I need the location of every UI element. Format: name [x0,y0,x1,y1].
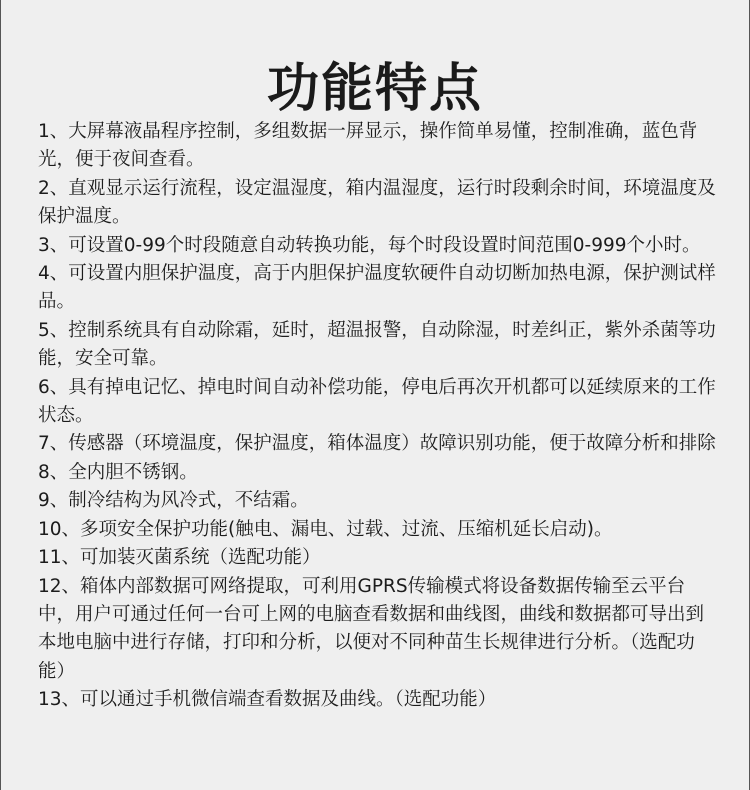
feature-item-3: 3、可设置0-99个时段随意自动转换功能，每个时段设置时间范围0-999个小时。 [38,232,718,260]
feature-item-7: 7、传感器（环境温度，保护温度，箱体温度）故障识别功能，便于故障分析和排除 [38,430,718,458]
feature-item-12: 12、箱体内部数据可网络提取，可利用GPRS传输模式将设备数据传输至云平台中，用… [38,573,718,687]
page-title: 功能特点 [0,57,750,121]
feature-item-4: 4、可设置内胆保护温度，高于内胆保护温度软硬件自动切断加热电源，保护测试样品。 [38,260,718,317]
feature-item-6: 6、具有掉电记忆、掉电时间自动补偿功能，停电后再次开机都可以延续原来的工作状态。 [38,374,718,431]
feature-item-10: 10、多项安全保护功能(触电、漏电、过载、过流、压缩机延长启动)。 [38,516,718,544]
feature-item-2: 2、直观显示运行流程，设定温湿度，箱内温湿度，运行时段剩余时间，环境温度及保护温… [38,175,718,232]
feature-item-9: 9、制冷结构为风冷式，不结霜。 [38,487,718,515]
feature-list: 1、大屏幕液晶程序控制，多组数据一屏显示，操作简单易懂，控制准确，蓝色背光，便于… [38,118,718,715]
feature-item-5: 5、控制系统具有自动除霜，延时，超温报警，自动除湿，时差纠正，紫外杀菌等功能，安… [38,317,718,374]
feature-item-8: 8、全内胆不锈钢。 [38,459,718,487]
feature-item-1: 1、大屏幕液晶程序控制，多组数据一屏显示，操作简单易懂，控制准确，蓝色背光，便于… [38,118,718,175]
feature-item-11: 11、可加装灭菌系统（选配功能） [38,544,718,572]
feature-item-13: 13、可以通过手机微信端查看数据及曲线。（选配功能） [38,686,718,714]
